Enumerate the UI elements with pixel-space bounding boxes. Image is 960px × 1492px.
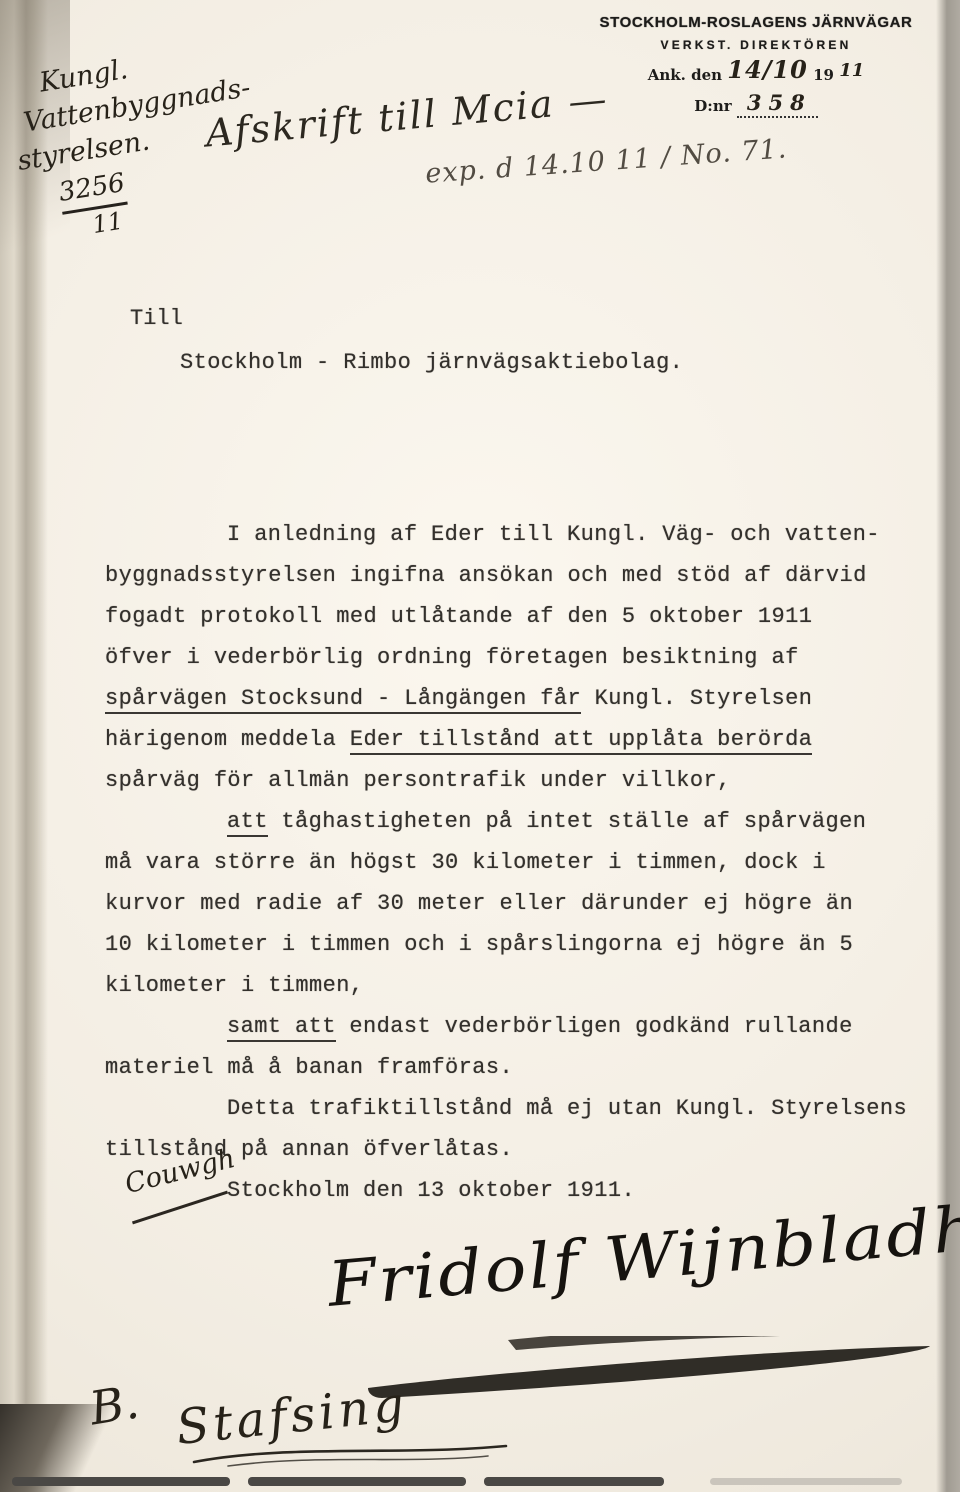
body-line: må vara större än högst 30 kilometer i t… bbox=[105, 842, 905, 883]
stamp-arrival-date: Ank. den 14/10 19 11 bbox=[583, 57, 929, 86]
body-text: må vara större än högst 30 kilometer i t… bbox=[105, 850, 826, 875]
scan-edge-bar bbox=[248, 1477, 466, 1486]
body-text: I anledning af Eder till Kungl. Väg- och… bbox=[227, 522, 880, 547]
diary-number-handwritten: 358 bbox=[737, 90, 818, 118]
body-text: kurvor med radie af 30 meter eller därun… bbox=[105, 891, 853, 916]
body-text: kilometer i timmen, bbox=[105, 973, 363, 998]
body-text-underlined: spårvägen Stocksund - Långängen får bbox=[105, 686, 581, 714]
scan-edge-bar bbox=[710, 1478, 902, 1485]
arrival-day-handwritten: 14/10 bbox=[727, 55, 808, 84]
body-text: Detta trafiktillstånd må ej utan Kungl. … bbox=[227, 1096, 907, 1121]
signature-flourish-stroke bbox=[358, 1336, 950, 1408]
stamp-diary-number: D:nr 358 bbox=[583, 91, 929, 116]
recipient-salutation: Till bbox=[130, 306, 183, 331]
body-text: tåghastigheten på intet ställe af spårvä… bbox=[268, 809, 867, 834]
body-line: spårvägen Stocksund - Långängen får Kung… bbox=[105, 678, 905, 719]
body-text-underlined: Eder tillstånd att upplåta berörda bbox=[350, 727, 812, 755]
page-right-edge bbox=[936, 0, 960, 1492]
body-text: Stockholm den 13 oktober 1911. bbox=[227, 1178, 635, 1203]
body-line: I anledning af Eder till Kungl. Väg- och… bbox=[105, 514, 905, 555]
letter-body: I anledning af Eder till Kungl. Väg- och… bbox=[105, 514, 905, 1211]
stamp-title: VERKST. DIREKTÖREN bbox=[583, 38, 929, 52]
scan-edge-bar bbox=[484, 1477, 664, 1486]
body-text: fogadt protokoll med utlåtande af den 5 … bbox=[105, 604, 812, 629]
body-text: Kungl. Styrelsen bbox=[581, 686, 812, 711]
body-line: kurvor med radie af 30 meter eller därun… bbox=[105, 883, 905, 924]
body-line: Detta trafiktillstånd må ej utan Kungl. … bbox=[105, 1088, 905, 1129]
body-line: materiel må å banan framföras. bbox=[105, 1047, 905, 1088]
body-text: härigenom meddela bbox=[105, 727, 350, 752]
body-text-underlined: samt att bbox=[227, 1014, 336, 1042]
dispatch-note-annotation: exp. d 14.10 11 / No. 71. bbox=[424, 133, 788, 189]
body-line: fogadt protokoll med utlåtande af den 5 … bbox=[105, 596, 905, 637]
diary-number-label: D:nr bbox=[694, 97, 731, 115]
copy-note-annotation: Afskrift till Mcia — bbox=[204, 76, 610, 155]
body-text: materiel må å banan framföras. bbox=[105, 1055, 513, 1080]
body-line: att tåghastigheten på intet ställe af sp… bbox=[105, 801, 905, 842]
body-line: kilometer i timmen, bbox=[105, 965, 905, 1006]
arrival-century: 19 bbox=[813, 66, 834, 84]
arrival-date-label: Ank. den bbox=[648, 66, 722, 84]
letter-page: Kungl. Vattenbyggnads- styrelsen. 3256 1… bbox=[0, 0, 960, 1492]
recipient-name: Stockholm - Rimbo järnvägsaktiebolag. bbox=[180, 350, 683, 375]
body-line: samt att endast vederbörligen godkänd ru… bbox=[105, 1006, 905, 1047]
body-text-underlined: att bbox=[227, 809, 268, 837]
scan-edge-bar bbox=[12, 1477, 230, 1486]
body-line: härigenom meddela Eder tillstånd att upp… bbox=[105, 719, 905, 760]
body-line: 10 kilometer i timmen och i spårslingorn… bbox=[105, 924, 905, 965]
body-text: öfver i vederbörlig ordning företagen be… bbox=[105, 645, 799, 670]
arrival-stamp: STOCKHOLM-ROSLAGENS JÄRNVÄGAR VERKST. DI… bbox=[583, 14, 929, 116]
counter-signature-underline bbox=[188, 1440, 518, 1470]
body-line: öfver i vederbörlig ordning företagen be… bbox=[105, 637, 905, 678]
arrival-year-handwritten: 11 bbox=[839, 60, 864, 81]
counter-signature-initial: B. bbox=[86, 1375, 142, 1436]
body-text: byggnadsstyrelsen ingifna ansökan och me… bbox=[105, 563, 867, 588]
body-text: 10 kilometer i timmen och i spårslingorn… bbox=[105, 932, 853, 957]
body-line: spårväg för allmän persontrafik under vi… bbox=[105, 760, 905, 801]
body-text: spårväg för allmän persontrafik under vi… bbox=[105, 768, 731, 793]
stamp-organisation: STOCKHOLM-ROSLAGENS JÄRNVÄGAR bbox=[583, 14, 929, 31]
body-text: endast vederbörligen godkänd rullande bbox=[336, 1014, 853, 1039]
body-line: byggnadsstyrelsen ingifna ansökan och me… bbox=[105, 555, 905, 596]
